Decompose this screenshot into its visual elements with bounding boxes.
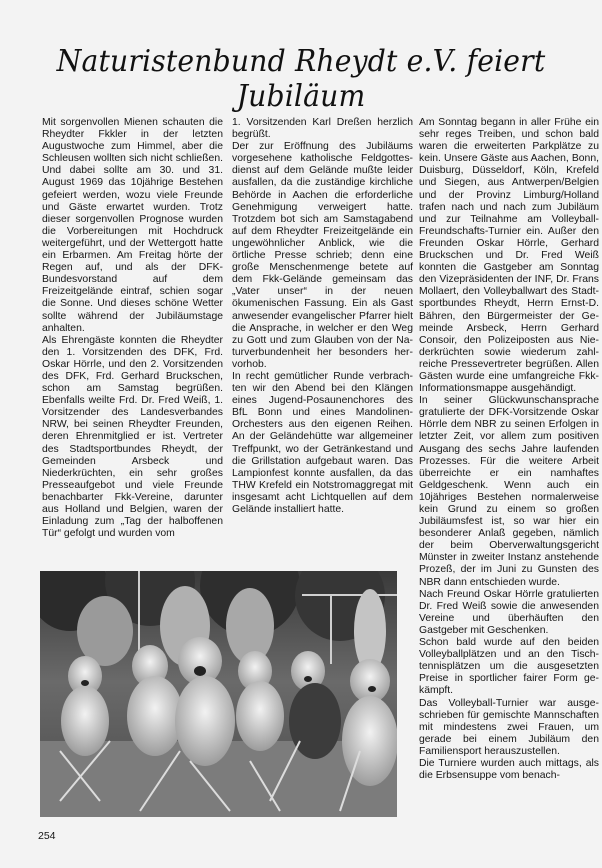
paragraph: Schon bald wurde auf den beiden Volleyba… — [419, 637, 599, 697]
article-title: Naturistenbund Rheydt e.V. feiert Jubilä… — [18, 44, 584, 114]
paragraph: Am Sonntag begann in aller Frühe ein seh… — [419, 117, 599, 395]
group-photo — [40, 571, 397, 817]
paragraph: 1. Vorsitzenden Karl Dreßen herz­lich be… — [232, 117, 413, 141]
photo-illustration — [40, 571, 397, 817]
paragraph: Als Ehrengäste konnten die Rheydter den … — [42, 335, 223, 541]
paragraph: In recht gemütlicher Runde verbrach­ten … — [232, 371, 413, 516]
text-column-1: Mit sorgenvollen Mienen schauten die Rhe… — [42, 117, 223, 540]
paragraph: In seiner Glückwunschansprache gratulier… — [419, 395, 599, 589]
paragraph: Die Turniere wurden auch mittags, als di… — [419, 758, 599, 782]
paragraph: Das Volleyball-Turnier war ausge­schrieb… — [419, 698, 599, 758]
page-number: 254 — [38, 830, 56, 842]
paragraph: Der zur Eröffnung des Jubiläums vorgeseh… — [232, 141, 413, 371]
paragraph: Mit sorgenvollen Mienen schauten die Rhe… — [42, 117, 223, 335]
paragraph: Nach Freund Oskar Hörrle gratu­lierten D… — [419, 589, 599, 637]
text-column-2: 1. Vorsitzenden Karl Dreßen herz­lich be… — [232, 117, 413, 516]
text-column-3: Am Sonntag begann in aller Frühe ein seh… — [419, 117, 599, 782]
